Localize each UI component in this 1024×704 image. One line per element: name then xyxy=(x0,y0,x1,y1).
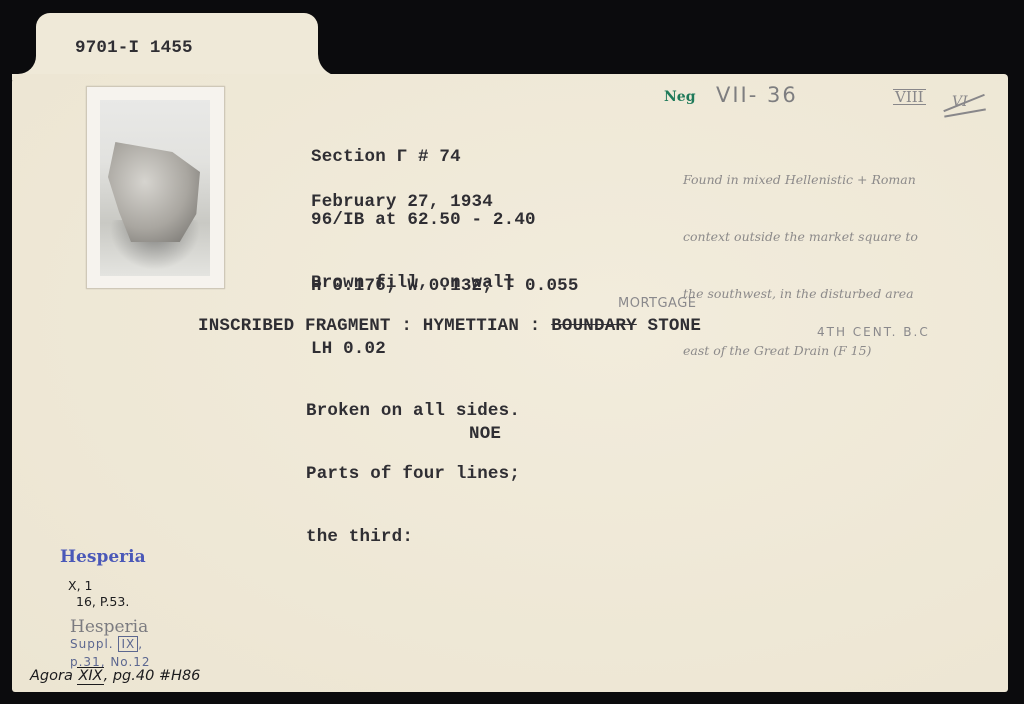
letter-height-line: LH 0.02 xyxy=(311,339,579,360)
find-note-line: context outside the market square to xyxy=(683,227,918,246)
roman-numeral-current: VIII xyxy=(893,89,926,105)
separator: : xyxy=(391,316,423,336)
find-note-line: the southwest, in the disturbed area xyxy=(683,284,918,303)
find-note: Found in mixed Hellenistic + Roman conte… xyxy=(683,132,918,379)
century-note: 4TH CENT. B.C xyxy=(817,325,930,339)
separator: : xyxy=(519,316,551,336)
suppl-label: Suppl. xyxy=(70,637,114,651)
find-note-line: east of the Great Drain (F 15) xyxy=(683,341,918,360)
grid-line: 96/IB at 62.50 - 2.40 xyxy=(311,210,536,231)
agora-volume: XIX xyxy=(77,667,103,685)
neg-stamp: Neg xyxy=(664,89,696,105)
agora-page: , pg.40 #H86 xyxy=(104,668,201,684)
find-date: February 27, 1934 xyxy=(311,192,493,213)
hesperia-volume: X, 1 xyxy=(68,578,92,593)
object-photo xyxy=(100,100,210,276)
section-line: Section Γ # 74 xyxy=(311,147,536,168)
classification-material: HYMETTIAN xyxy=(423,316,519,336)
classification-object: STONE xyxy=(637,316,701,336)
supplement-ref: Suppl. IX, xyxy=(70,637,143,651)
hesperia-stamp-2: Hesperia xyxy=(70,617,148,637)
photo-mount xyxy=(86,86,225,289)
agora-ref: Agora XIX, pg.40 #H86 xyxy=(30,668,200,684)
inscription-text: NOE xyxy=(469,424,501,445)
struck-word: BOUNDARY xyxy=(551,316,637,336)
catalog-number: 9701-I 1455 xyxy=(75,38,193,59)
hesperia-page: 16, P.53. xyxy=(76,594,129,609)
description-block: Broken on all sides. Parts of four lines… xyxy=(306,359,520,569)
hesperia-stamp: Hesperia xyxy=(60,547,146,567)
dimensions-line: H 0.176; W 0.132; T 0.055 xyxy=(311,276,579,297)
mortgage-correction: MORTGAGE xyxy=(618,296,697,311)
description-line: Broken on all sides. xyxy=(306,401,520,422)
agora-label: Agora xyxy=(30,668,73,684)
negative-number: VII- 36 xyxy=(716,83,798,107)
description-line: Parts of four lines; xyxy=(306,464,520,485)
suppl-volume: IX xyxy=(118,636,138,652)
classification-line: INSCRIBED FRAGMENT : HYMETTIAN : BOUNDAR… xyxy=(198,316,701,337)
classification-type: INSCRIBED FRAGMENT xyxy=(198,316,391,336)
description-line: the third: xyxy=(306,527,520,548)
find-note-line: Found in mixed Hellenistic + Roman xyxy=(683,170,918,189)
roman-numeral-crossed: VI xyxy=(952,94,968,110)
